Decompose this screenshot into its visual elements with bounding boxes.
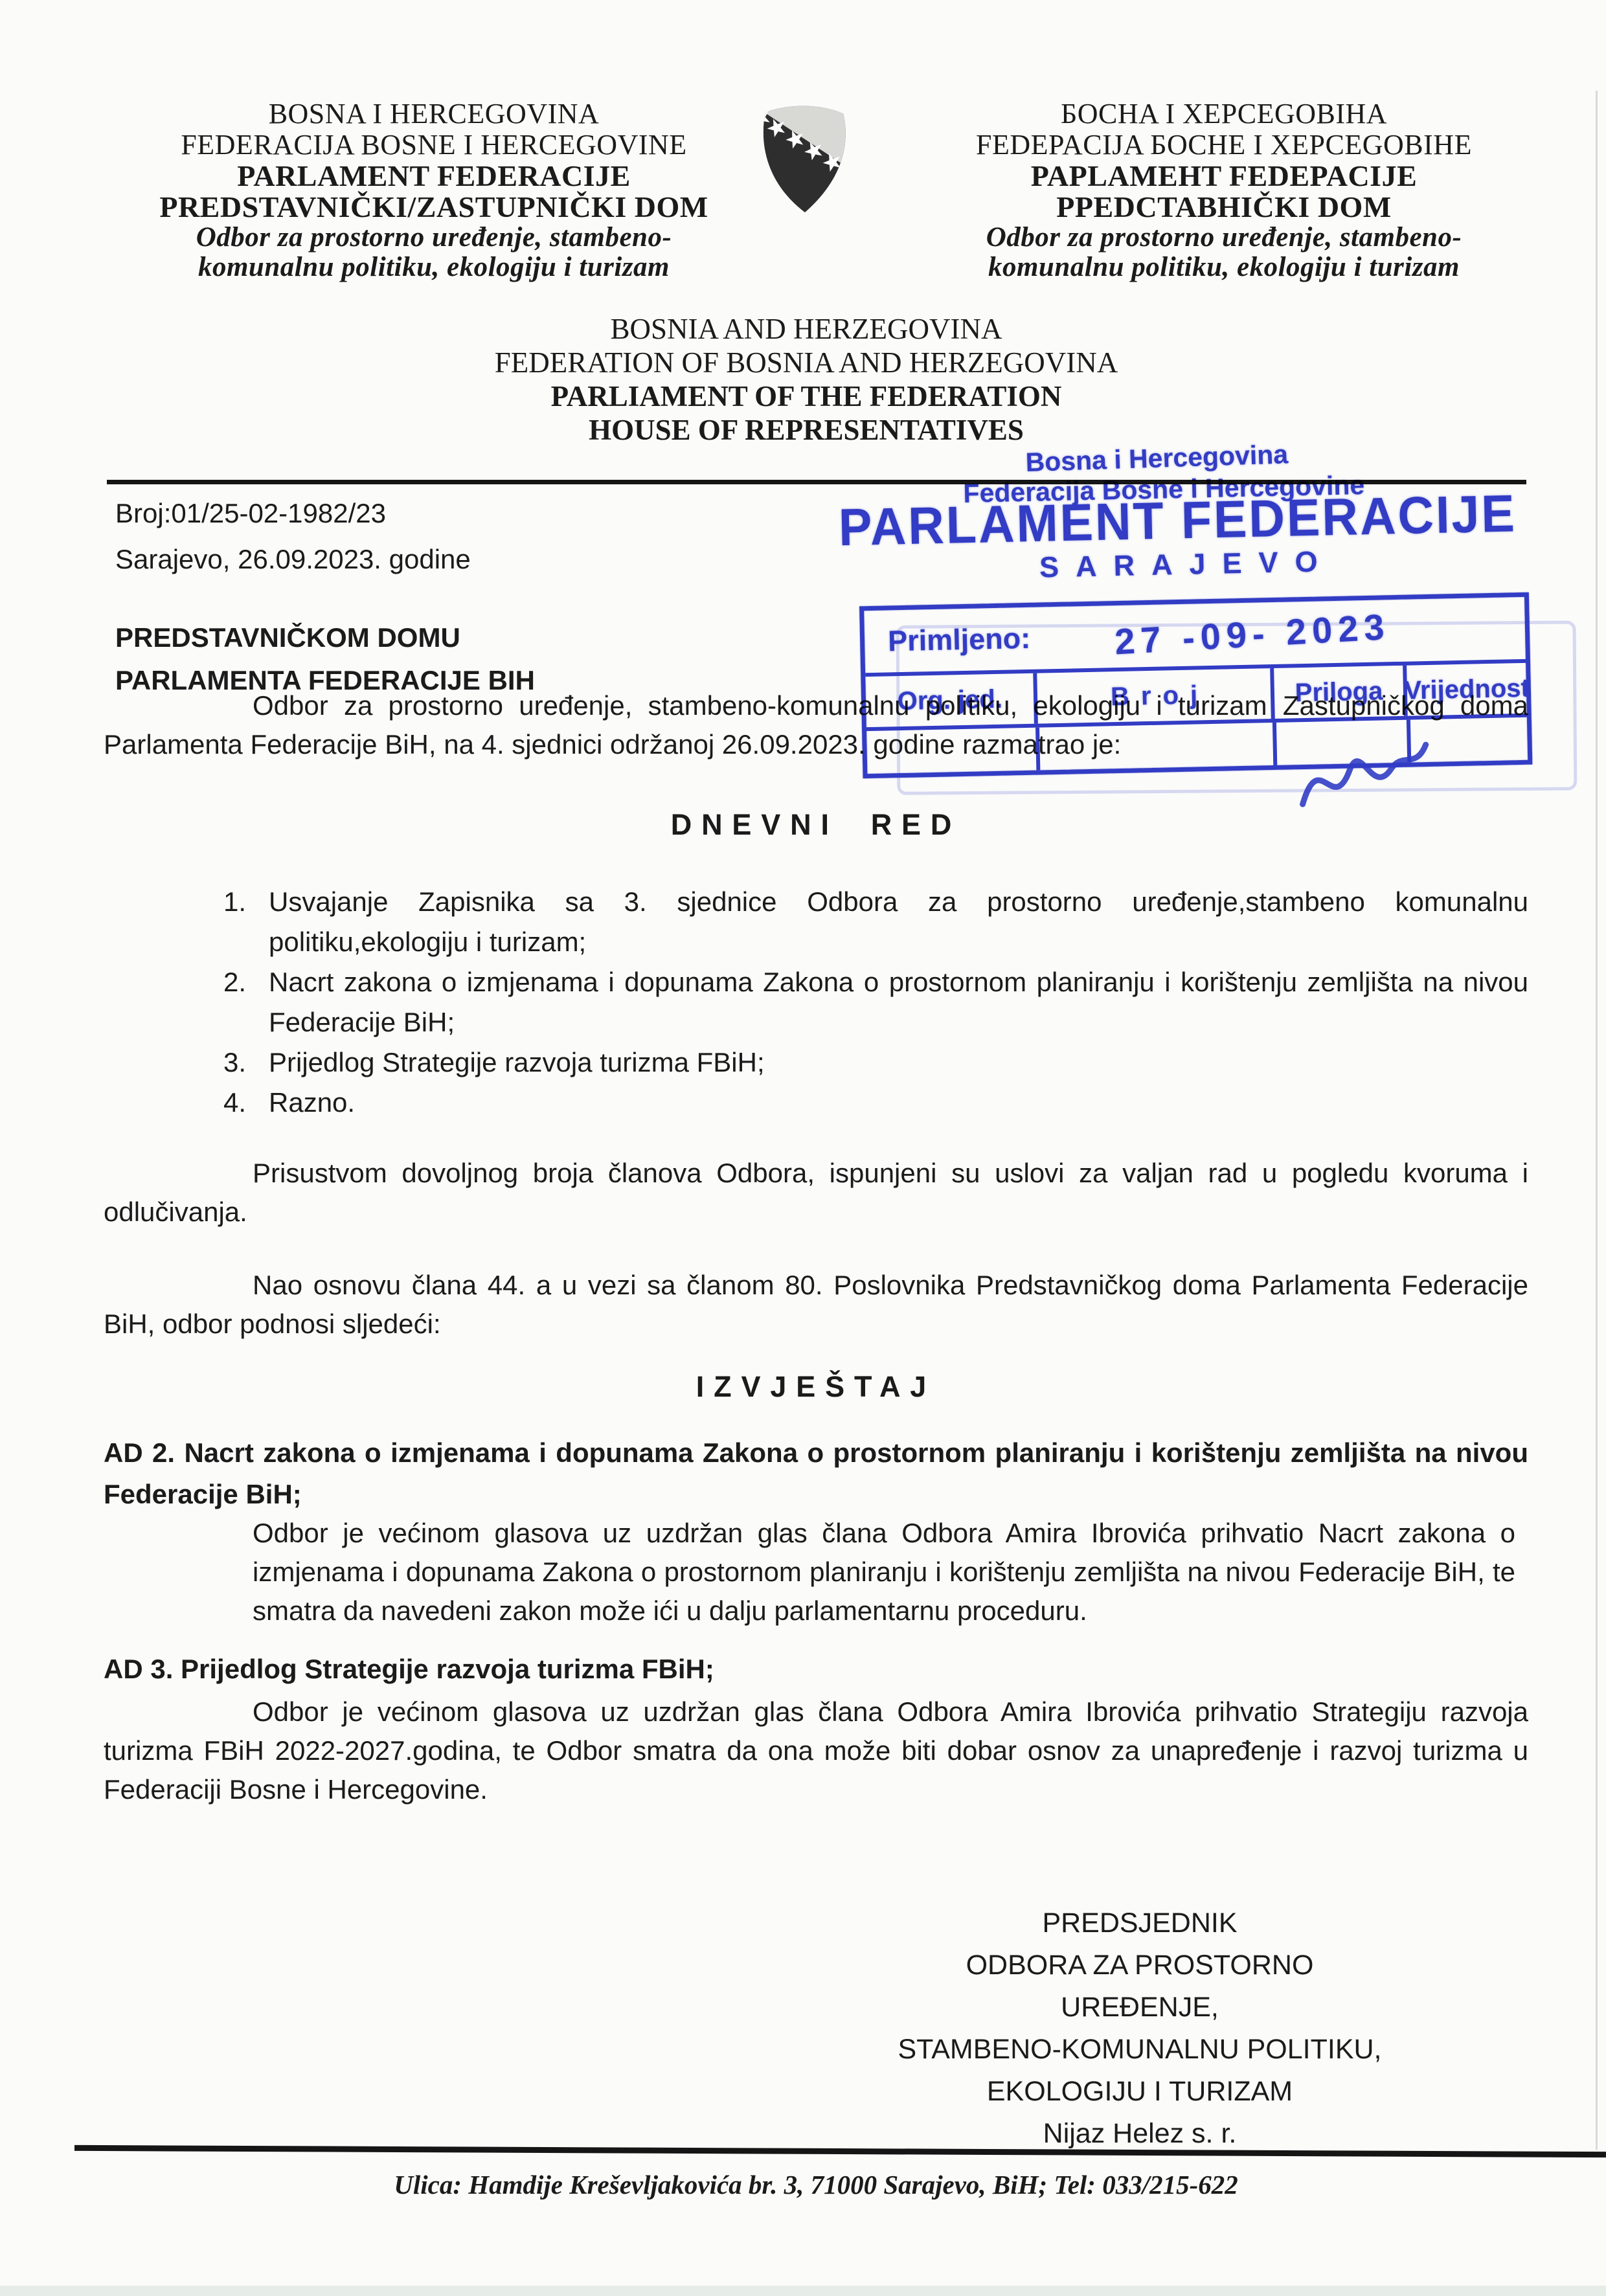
stamp-col-vrijednost: Vrijednost	[1404, 673, 1530, 705]
stamp-received-label: Primljeno:	[888, 622, 1031, 658]
agenda-item-number: 1.	[223, 882, 269, 962]
agenda-item-number: 4.	[223, 1083, 269, 1123]
stamp-col-broj: Broj	[1099, 681, 1210, 712]
agenda-item: 1. Usvajanje Zapisnika sa 3. sjednice Od…	[223, 882, 1528, 962]
agenda-item-text: Nacrt zakona o izmjenama i dopunama Zako…	[269, 962, 1528, 1042]
letterhead-english-line: PARLIAMENT OF THE FEDERATION	[414, 379, 1198, 413]
signature-block: PREDSJEDNIK ODBORA ZA PROSTORNO UREĐENJE…	[894, 1902, 1386, 2155]
letterhead-right-line: PAPLAMEHT FEDEPACIJE	[900, 161, 1548, 192]
agenda-item-text: Usvajanje Zapisnika sa 3. sjednice Odbor…	[269, 882, 1528, 962]
ad2-heading: AD 2. Nacrt zakona o izmjenama i dopunam…	[104, 1432, 1528, 1515]
signature-line: EKOLOGIJU I TURIZAM	[894, 2071, 1386, 2113]
letterhead-left-line: Odbor za prostorno uređenje, stambeno-	[130, 223, 738, 253]
agenda-item-text: Prijedlog Strategije razvoja turizma FBi…	[269, 1042, 1528, 1083]
letterhead-right-line: FEDEPACIJA БOCHE I XEPCEGOBIHE	[900, 129, 1548, 161]
ad2-paragraph: Odbor je većinom glasova uz uzdržan glas…	[253, 1514, 1515, 1630]
agenda-item-number: 2.	[223, 962, 269, 1042]
letterhead-right-line: PPEDCTABHIČKI DOM	[900, 192, 1548, 223]
agenda-list: 1. Usvajanje Zapisnika sa 3. sjednice Od…	[223, 882, 1528, 1123]
doc-number: Broj:01/25-02-1982/23	[115, 494, 386, 533]
ad3-heading: AD 3. Prijedlog Strategije razvoja turiz…	[104, 1650, 1528, 1689]
letterhead-left-line: BOSNA I HERCEGOVINA	[130, 98, 738, 129]
letterhead-left-line: FEDERACIJA BOSNE I HERCEGOVINE	[130, 129, 738, 161]
signature-line: ODBORA ZA PROSTORNO UREĐENJE,	[894, 1944, 1386, 2029]
stamp-col-org-jed: Org. jed.	[897, 684, 1002, 715]
page: BOSNA I HERCEGOVINA FEDERACIJA BOSNE I H…	[0, 0, 1606, 2296]
agenda-item: 3. Prijedlog Strategije razvoja turizma …	[223, 1042, 1528, 1083]
letterhead-left-line: komunalnu politiku, ekologiju i turizam	[130, 253, 738, 282]
letterhead-left: BOSNA I HERCEGOVINA FEDERACIJA BOSNE I H…	[130, 98, 738, 282]
agenda-item: 4. Razno.	[223, 1083, 1528, 1123]
doc-date-line: Sarajevo, 26.09.2023. godine	[115, 540, 471, 579]
signature-line: PREDSJEDNIK	[894, 1902, 1386, 1944]
letterhead-right: БOCHA I XEPCEGOBIHA FEDEPACIJA БOCHE I X…	[900, 98, 1548, 282]
agenda-item-number: 3.	[223, 1042, 269, 1083]
stamp-signature-squiggle	[1291, 706, 1436, 826]
letterhead-right-line: Odbor za prostorno uređenje, stambeno-	[900, 223, 1548, 253]
stamp-col-priloga: Priloga	[1295, 677, 1383, 708]
letterhead-right-line: komunalnu politiku, ekologiju i turizam	[900, 253, 1548, 282]
agenda-item: 2. Nacrt zakona o izmjenama i dopunama Z…	[223, 962, 1528, 1042]
bih-coat-of-arms-icon	[750, 96, 859, 221]
receipt-stamp: Bosna i Hercegovina Federacija Bosne i H…	[813, 425, 1547, 841]
recipient-line: PREDSTAVNIČKOM DOMU	[115, 616, 535, 659]
scan-artifact-line	[1596, 91, 1598, 2150]
footer-address: Ulica: Hamdije Kreševljakovića br. 3, 71…	[104, 2169, 1528, 2200]
letterhead-english-line: FEDERATION OF BOSNIA AND HERZEGOVINA	[414, 346, 1198, 379]
page-bottom-edge	[0, 2286, 1606, 2296]
letterhead-english-line: BOSNIA AND HERZEGOVINA	[414, 312, 1198, 346]
letterhead-right-line: БOCHA I XEPCEGOBIHA	[900, 98, 1548, 129]
report-title: IZVJEŠTAJ	[104, 1370, 1528, 1404]
quorum-paragraph: Prisustvom dovoljnog broja članova Odbor…	[104, 1154, 1528, 1232]
letterhead-left-line: PREDSTAVNIČKI/ZASTUPNIČKI DOM	[130, 192, 738, 223]
letterhead-left-line: PARLAMENT FEDERACIJE	[130, 161, 738, 192]
signature-line: STAMBENO-KOMUNALNU POLITIKU,	[894, 2029, 1386, 2071]
letterhead-english: BOSNIA AND HERZEGOVINA FEDERATION OF BOS…	[414, 312, 1198, 447]
basis-paragraph: Nao osnovu člana 44. a u vezi sa članom …	[104, 1266, 1528, 1344]
ad3-paragraph: Odbor je većinom glasova uz uzdržan glas…	[104, 1693, 1528, 1809]
agenda-item-text: Razno.	[269, 1083, 1528, 1123]
stamp-received-date: 27 -09- 2023	[1114, 605, 1392, 662]
